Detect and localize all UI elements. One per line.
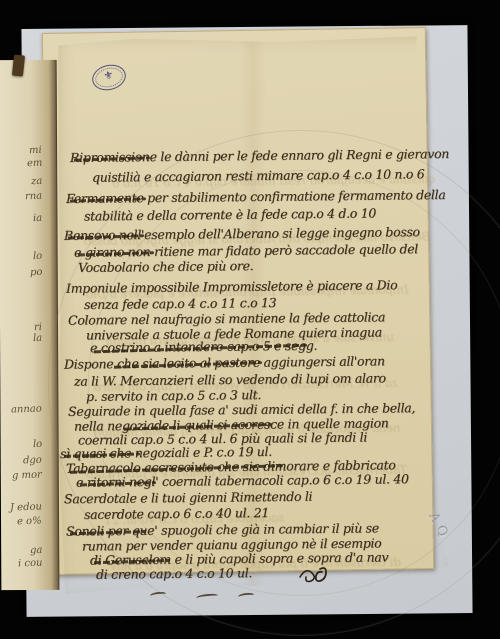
manuscript-page [55, 33, 457, 603]
manuscript-photo: ⚜ miemzarnaialoporilaannaolodgog morJ ed… [0, 0, 500, 639]
binding-remnant [12, 54, 25, 76]
page-fold-shading [240, 33, 266, 603]
facing-page-strip [0, 60, 59, 590]
